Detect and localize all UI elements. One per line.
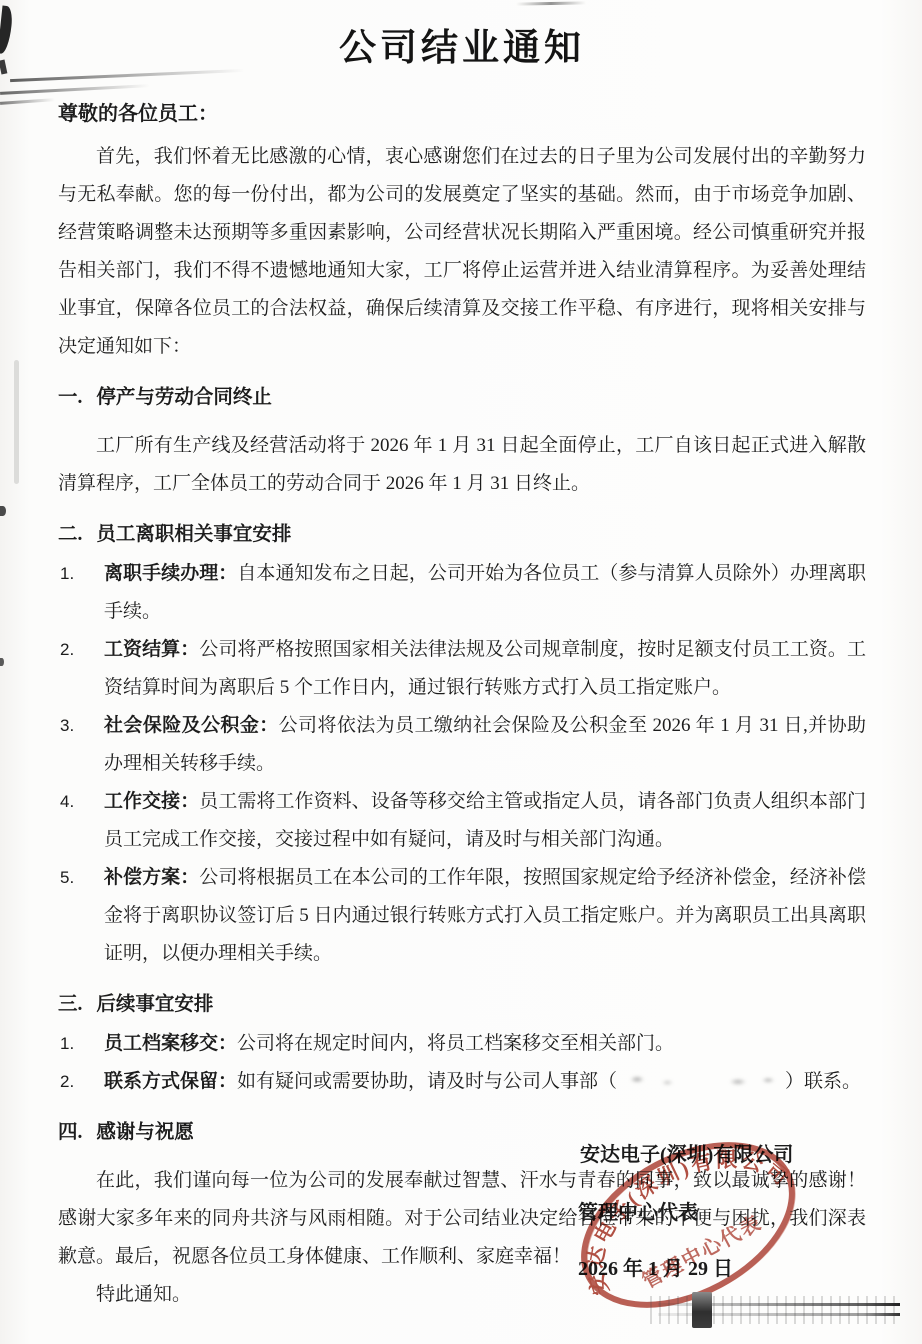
section-number: 二. [58, 524, 82, 545]
section-heading-2: 二.员工离职相关事宜安排 [58, 516, 866, 554]
section-1-paragraph: 工厂所有生产线及经营活动将于 2026 年 1 月 31 日起全面停止，工厂自该… [58, 427, 866, 503]
signature-date: 2026 年 1 月 29 日 [578, 1252, 733, 1281]
list-item: 2.联系方式保留：如有疑问或需要协助，请及时与公司人事部（）联系。 [58, 1063, 866, 1101]
item-text: 公司将在规定时间内，将员工档案移交至相关部门。 [237, 1033, 674, 1054]
item-number: 2. [60, 1063, 74, 1101]
item-label: 员工档案移交： [104, 1033, 237, 1054]
signature-representative: 管理中心代表 [578, 1196, 698, 1225]
section-heading-3: 三.后续事宜安排 [58, 986, 866, 1024]
section-title: 停产与劳动合同终止 [96, 387, 272, 408]
document-body: 公司结业通知 尊敬的各位员工： 首先，我们怀着无比感激的心情，衷心感谢您们在过去… [0, 20, 922, 1314]
section-number: 三. [58, 994, 82, 1015]
item-number: 4. [60, 783, 74, 821]
item-text: 员工需将工作资料、设备等移交给主管或指定人员，请各部门负责人组织本部门员工完成工… [104, 791, 866, 850]
list-item: 1.员工档案移交：公司将在规定时间内，将员工档案移交至相关部门。 [58, 1025, 866, 1063]
item-label: 补偿方案： [104, 867, 199, 888]
item-label: 工作交接： [104, 791, 199, 812]
list-item: 3.社会保险及公积金：公司将依法为员工缴纳社会保险及公积金至 2026 年 1 … [58, 707, 866, 783]
greeting-line: 尊敬的各位员工： [58, 100, 866, 128]
list-item: 5.补偿方案：公司将根据员工在本公司的工作年限，按照国家规定给予经济补偿金，经济… [58, 859, 866, 973]
item-label: 社会保险及公积金： [104, 715, 279, 736]
item-text: 如有疑问或需要协助，请及时与公司人事部（ [237, 1071, 617, 1092]
document-title: 公司结业通知 [58, 20, 866, 78]
item-number: 5. [60, 859, 74, 897]
signature-company-name: 安达电子(深圳)有限公司 [580, 1138, 793, 1167]
section-4-paragraph: 在此，我们谨向每一位为公司的发展奉献过智慧、汗水与青春的同事，致以最诚挚的感谢！… [58, 1162, 866, 1276]
scan-artifact-top-streak [516, 1, 586, 5]
intro-paragraph: 首先，我们怀着无比感激的心情，衷心感谢您们在过去的日子里为公司发展付出的辛勤努力… [58, 138, 866, 366]
section-title: 后续事宜安排 [96, 994, 213, 1015]
item-label: 联系方式保留： [104, 1071, 237, 1092]
section-number: 一. [58, 387, 82, 408]
item-number: 3. [60, 707, 74, 745]
item-number: 1. [60, 1025, 74, 1063]
item-number: 1. [60, 555, 74, 593]
section-title: 感谢与祝愿 [96, 1122, 194, 1143]
section-title: 员工离职相关事宜安排 [96, 524, 291, 545]
item-text: 公司将根据员工在本公司的工作年限，按照国家规定给予经济补偿金，经济补偿金将于离职… [104, 867, 866, 964]
list-item: 2.工资结算：公司将严格按照国家相关法律法规及公司规章制度，按时足额支付员工工资… [58, 631, 866, 707]
redacted-contact-info [617, 1073, 785, 1089]
section-heading-1: 一.停产与劳动合同终止 [58, 379, 866, 417]
item-text-tail: ）联系。 [785, 1071, 861, 1092]
item-text: 公司将严格按照国家相关法律法规及公司规章制度，按时足额支付员工工资。工资结算时间… [104, 639, 866, 698]
list-item: 4.工作交接：员工需将工作资料、设备等移交给主管或指定人员，请各部门负责人组织本… [58, 783, 866, 859]
list-item: 1.离职手续办理：自本通知发布之日起，公司开始为各位员工（参与清算人员除外）办理… [58, 555, 866, 631]
scanned-notice-page: 公司结业通知 尊敬的各位员工： 首先，我们怀着无比感激的心情，衷心感谢您们在过去… [0, 0, 922, 1344]
item-number: 2. [60, 631, 74, 669]
item-label: 工资结算： [104, 639, 199, 660]
closing-line: 特此通知。 [58, 1276, 866, 1314]
section-number: 四. [58, 1122, 82, 1143]
item-label: 离职手续办理： [104, 563, 237, 584]
